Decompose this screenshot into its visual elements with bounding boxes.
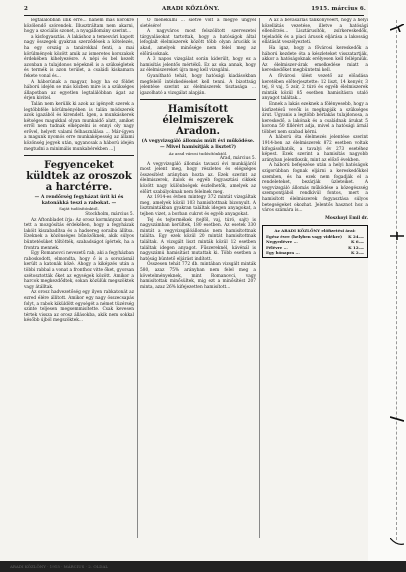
paragraph: Egy Romanovci nevezetű rab, aki a fegyhá… bbox=[24, 251, 134, 290]
paragraph: A 3 napos vizsgálat során kiderült, hogy… bbox=[140, 57, 256, 74]
price-row: Egy hónapra ...K 2.— bbox=[266, 250, 364, 255]
paragraph: Összesen tehát 772 db. mintában vizsgált… bbox=[140, 262, 256, 290]
paragraph: A háborúnak a magyar, hogy ha ez földet … bbox=[24, 80, 134, 102]
paragraph: A az a bevásárlás tankönyvéért, hogy a h… bbox=[262, 18, 368, 46]
binding-clip-icon bbox=[390, 538, 404, 546]
paragraph: a kisfogyasztás. A lakáshoz a temesvári … bbox=[24, 35, 134, 80]
scan-edge-strip: ARADI KÖZLÖNY · 1915 · MÁRCIUS · 2. OLDA… bbox=[0, 561, 406, 572]
binding-clip-icon bbox=[390, 24, 404, 32]
issue-date: 1915. március 6. bbox=[311, 6, 366, 12]
paragraph: Talán nem kerülik ki azok az igényelt sz… bbox=[24, 102, 134, 152]
paragraph: A fővárosi ülést vezető az előadása kere… bbox=[262, 74, 368, 102]
paragraph: Az orosz hadvezetőség egy ilyen rabkaton… bbox=[24, 290, 134, 324]
binding-stitch-line bbox=[396, 20, 398, 540]
newspaper-title: ARADI KÖZLÖNY. bbox=[162, 6, 219, 12]
article-subheadline: — A rendőrség fegyházat ürít ki és katon… bbox=[24, 195, 134, 206]
strip-text: ARADI KÖZLÖNY · 1915 · MÁRCIUS · 2. OLDA… bbox=[0, 561, 406, 572]
column-divider bbox=[137, 18, 138, 538]
column-divider bbox=[259, 18, 260, 538]
paragraph: Az 1914-es évben mintegy 372 mintát vizs… bbox=[140, 195, 256, 217]
paragraph: legtalálóbban illik erre... hanem más kö… bbox=[24, 18, 134, 35]
binding-clip-icon bbox=[390, 415, 404, 423]
paragraph: A nagyváros most felszólított szervezete… bbox=[140, 29, 256, 57]
column-2: O menekülni ... sietve volt a megye ungy… bbox=[140, 18, 256, 543]
price-value: K 2.— bbox=[351, 250, 364, 255]
binding-margin bbox=[368, 0, 406, 572]
binding-clip-icon bbox=[390, 232, 404, 240]
paragraph: Ha igaz, hogy a fővárosi kereskedők a há… bbox=[262, 46, 368, 74]
price-label: Egy hónapra ... bbox=[266, 250, 300, 255]
author-signature: Moszkoyi Emil dr. bbox=[262, 216, 368, 222]
paragraph: Gyanítható tehát, hogy hatósági kiadások… bbox=[140, 74, 256, 96]
header-rule bbox=[24, 15, 364, 16]
column-1: legtalálóbban illik erre... hanem más kö… bbox=[24, 18, 134, 543]
subscription-box: Az ARADI KÖZLÖNY előfizetési árai: Egész… bbox=[262, 225, 368, 258]
column-3: A az a bevásárlás tankönyvéért, hogy a h… bbox=[262, 18, 368, 543]
paragraph: A vegyvizsgáló állomás tavaszi évi munká… bbox=[140, 162, 256, 196]
article-subheadline: (A vegyvizsgáló állomás múlt évi működés… bbox=[140, 139, 256, 150]
section-divider bbox=[140, 99, 256, 100]
paragraph: Tej és tejtermékek (tejföl, vaj, túró, s… bbox=[140, 218, 256, 263]
article-headline: Hamisított élelmiszerek Aradon. bbox=[140, 104, 256, 137]
paragraph: A háború befejezése után a helyi hatóság… bbox=[262, 163, 368, 213]
paragraph: Az Aftonbladet írja: Az orosz kormányzat… bbox=[24, 218, 134, 252]
page-number: 2 bbox=[24, 6, 28, 12]
section-divider bbox=[24, 155, 134, 156]
article-headline: Fegyenceket küldtek az oroszok a harctér… bbox=[24, 160, 134, 193]
paragraph: Ennek a lakás ezeknek a fölényesebb, hog… bbox=[262, 102, 368, 136]
paragraph: A háború óta élelmezés jelentése szerint… bbox=[262, 135, 368, 163]
paragraph: O menekülni ... sietve volt a megye ungy… bbox=[140, 18, 256, 29]
